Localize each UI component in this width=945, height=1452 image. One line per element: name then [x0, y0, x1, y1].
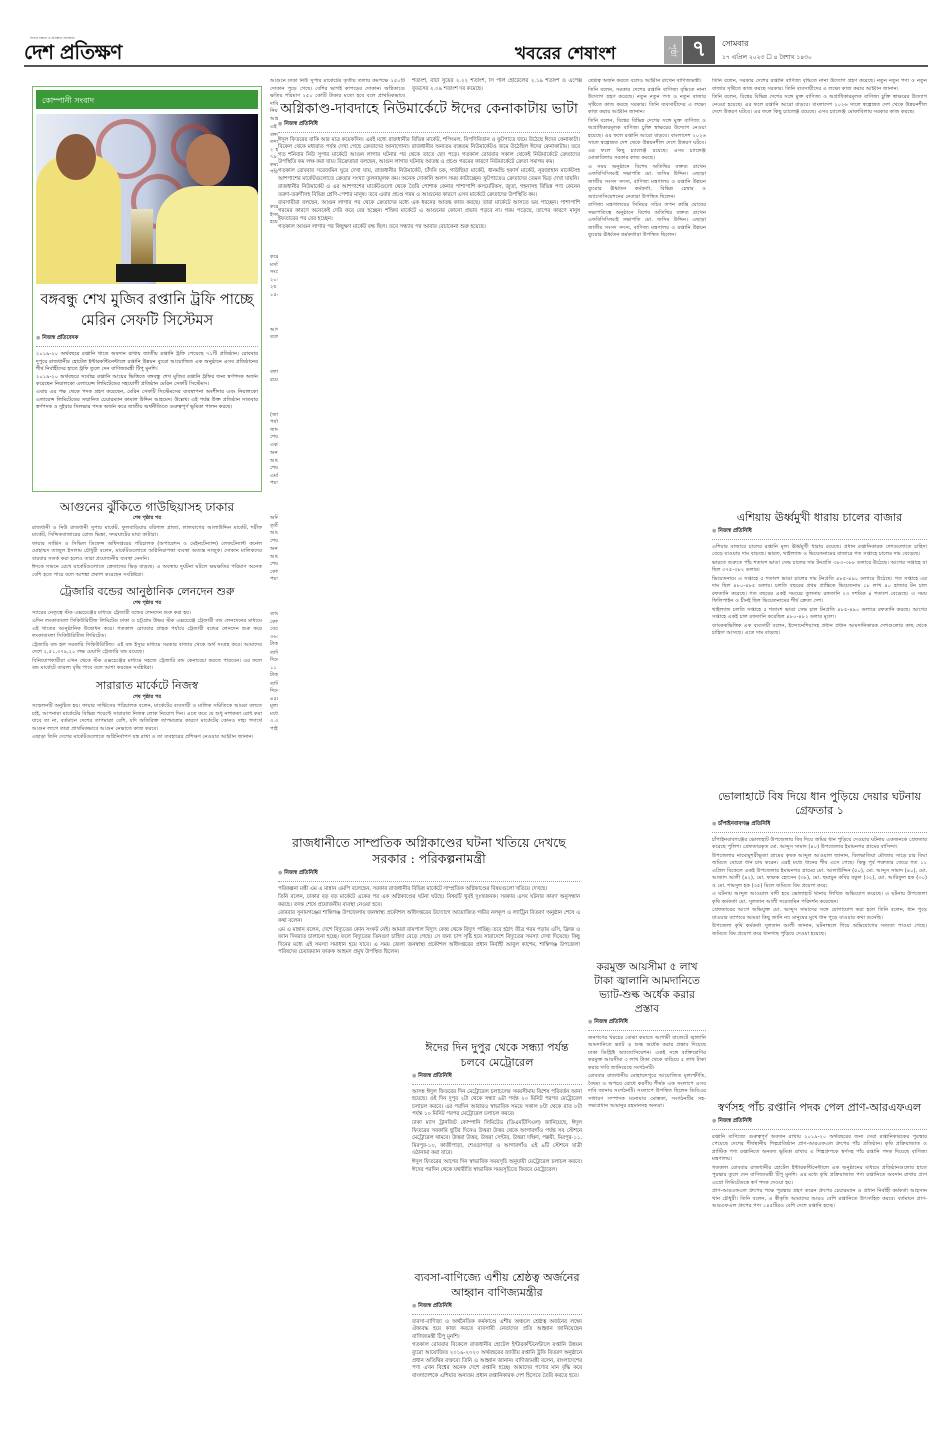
rice-headline[interactable]: এশিয়ায় ঊর্ধ্বমুখী ধারায় চালের বাজার [712, 510, 927, 525]
masthead: সত্যের সন্ধানে ও প্রতিষ্ঠানে প্রতিশ্রুতি… [0, 0, 945, 68]
company-news-byline: নিজস্ব প্রতিবেদক [36, 335, 258, 343]
lead-continuation: শতাংশ, বাটা সুয়ের ২.২২ শতাংশ, সি পার্ল … [412, 78, 582, 93]
column-4-lead: শ্রেষ্ঠত্ব অর্জন করতে বলেও আহ্বান রাখেন … [588, 78, 706, 578]
planning-minister-headline[interactable]: রাজধানীতে সাম্প্রতিক অগ্নিকাণ্ডের ঘটনা খ… [278, 835, 580, 867]
page-label: পৃষ্ঠা [664, 36, 682, 64]
story-planning-minister: রাজধানীতে সাম্প্রতিক অগ্নিকাণ্ডের ঘটনা খ… [278, 835, 580, 1035]
issue-date: ১৭ এপ্রিল ২০২৩ ☐ ৪ বৈশাখ ১৪৩০ [722, 52, 812, 63]
story-pran-rfl: স্বর্ণসহ পাঁচ রপ্তানি পদক পেল প্রাণ-আরএফ… [712, 1100, 927, 1450]
company-news-box: কোম্পানী সংবাদ বঙ্গবন্ধু শেখ মুজিব রপ্তা… [32, 86, 262, 492]
divider [36, 346, 258, 347]
issue-day: সোমবার [722, 38, 748, 51]
column-1: আগুনের ঝুঁকিতে গাউছিয়াসহ ঢাকার শেষ পৃষ্… [32, 500, 262, 1450]
story-commerce-minister: ব্যবসা-বাণিজ্যে এশীয় শ্রেষ্ঠত্ব অর্জনের… [412, 1270, 582, 1450]
metrorail-headline[interactable]: ঈদের দিন দুপুর থেকে সন্ধ্যা পর্যন্ত চলবে… [412, 1040, 582, 1070]
story-bholahat-paddy: ভোলাহাটে বিষ দিয়ে ধান পুড়িয়ে দেয়ার ঘ… [712, 790, 927, 1090]
masthead-divider [24, 65, 928, 67]
story-metrorail: ঈদের দিন দুপুর থেকে সন্ধ্যা পর্যন্ত চলবে… [412, 1040, 582, 1270]
pran-headline[interactable]: স্বর্ণসহ পাঁচ রপ্তানি পদক পেল প্রাণ-আরএফ… [712, 1100, 927, 1115]
story-treasury-bond: ট্রেজারি বন্ডের আনুষ্ঠানিক লেনদেন শুরু শ… [32, 585, 262, 673]
paddy-headline[interactable]: ভোলাহাটে বিষ দিয়ে ধান পুড়িয়ে দেয়ার ঘ… [712, 790, 927, 818]
new-market-headline[interactable]: অগ্নিকাণ্ড-দাবদাহে নিউমার্কেটে ঈদের কেনা… [278, 100, 580, 118]
company-news-headline[interactable]: বঙ্গবন্ধু শেখ মুজিব রপ্তানি ট্রফি পাচ্ছে… [36, 290, 258, 332]
company-news-tag: কোম্পানী সংবাদ [36, 90, 258, 109]
column-5-lead: তিনি বলেন, সরকার দেশের রপ্তানি বাণিজ্য ব… [712, 78, 927, 578]
fuel-headline[interactable]: করমুক্ত আয়সীমা ৫ লাখ টাকা জ্বালানি আমদা… [588, 960, 706, 1016]
commerce-headline[interactable]: ব্যবসা-বাণিজ্যে এশীয় শ্রেষ্ঠত্ব অর্জনের… [412, 1270, 582, 1300]
award-photo [36, 114, 258, 284]
story-new-market: অগ্নিকাণ্ড-দাবদাহে নিউমার্কেটে ঈদের কেনা… [278, 100, 580, 840]
page-number: ৭ [683, 36, 715, 64]
story-market-night-guard: সারারাত মার্কেটে নিজস্ব শেষ পৃষ্ঠার পর স… [32, 679, 262, 742]
company-news-body: ২০১৯-২০ অর্থবছরে রপ্তানি খাতে অবদান রাখা… [36, 351, 258, 412]
story-fuel-import-vat: করমুক্ত আয়সীমা ৫ লাখ টাকা জ্বালানি আমদা… [588, 960, 706, 1240]
new-market-byline: নিজস্ব প্রতিনিধি [278, 121, 580, 129]
story-asia-rice: এশিয়ায় ঊর্ধ্বমুখী ধারায় চালের বাজার ন… [712, 510, 927, 690]
story-gausia-fire-risk: আগুনের ঝুঁকিতে গাউছিয়াসহ ঢাকার শেষ পৃষ্… [32, 500, 262, 579]
